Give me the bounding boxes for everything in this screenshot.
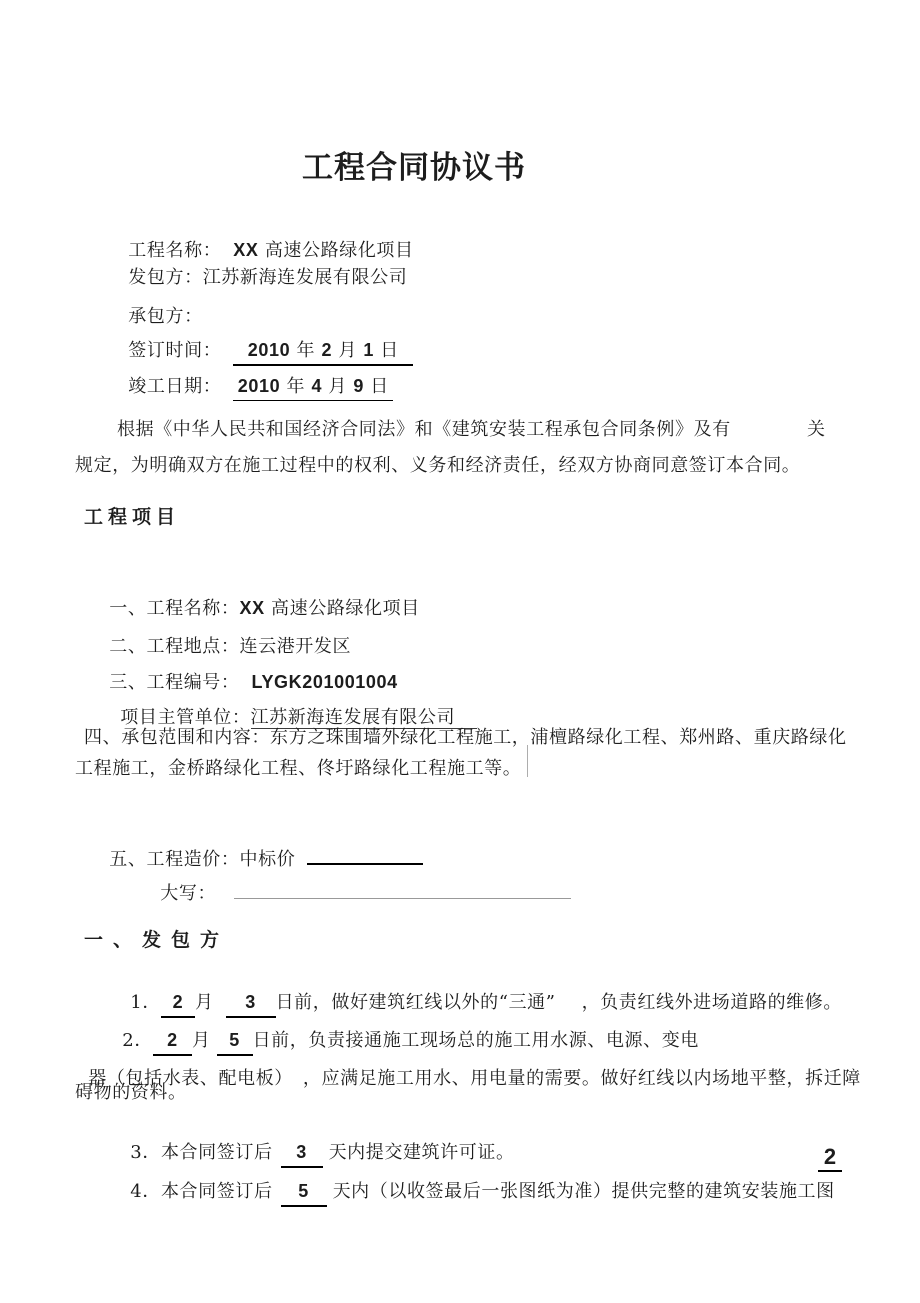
finish-date-day: 9 [353,376,364,396]
item4-pre: 本合同签订后 [161,1181,273,1202]
finish-date-year-unit: 年 [280,376,311,397]
item4-days-blank[interactable]: 5 [281,1179,327,1206]
preamble-line2: 规定，为明确双方在施工过程中的权利、义务和经济责任，经双方协商同意签订本合同。 [75,454,800,478]
scope-line2: 工程施工，金桥路绿化工程、佟圩路绿化工程施工等。 [75,757,521,781]
field-cost-in-words: 大写： [135,858,571,931]
page-number-value: 2 [818,1144,842,1172]
section-heading-employer: 一、发包方 [84,928,229,954]
finish-date-month: 4 [311,376,322,396]
employer-item-4: 4．本合同签订后5天内（以收签最后一张图纸为准）提供完整的建筑安装施工图 [105,1155,835,1231]
item4-days-value: 5 [298,1181,309,1201]
page-number: 2 [808,1144,852,1172]
cost-in-words-blank[interactable] [234,898,571,899]
finish-date-month-unit: 月 [322,376,353,397]
section-heading-project: 工程项目 [84,505,180,531]
finish-date-year: 2010 [238,376,280,396]
employer-item-2-cont2: 碍物的资料。 [75,1081,187,1105]
preamble-line1: 根据《中华人民共和国经济合同法》和《建筑安装工程承包合同条例》及有 [117,418,731,442]
text-cursor [527,745,528,777]
employer-value: 江苏新海连发展有限公司 [203,267,408,288]
item2-cont1b: ，应满足施工用水、用电量的需要。做好红线以内场地平整，拆迁障 [303,1068,861,1089]
scope-line1: 四、承包范围和内容：东方之珠围墙外绿化工程施工，浦檀路绿化工程、郑州路、重庆路绿… [84,726,847,750]
preamble-line1-tail: 关 [807,418,826,442]
finish-date-label: 竣工日期： [128,376,221,397]
document-title: 工程合同协议书 [0,148,828,190]
finish-date-day-unit: 日 [364,376,389,397]
finish-date-blank[interactable]: 2010 年 4 月 9 日 [233,374,393,400]
field-finish-date: 竣工日期：2010 年 4 月 9 日 [103,350,393,425]
item4-post: 天内（以收签最后一张图纸为准）提供完整的建筑安装施工图 [333,1181,835,1202]
item4-number: 4． [130,1181,161,1202]
contract-document-page: 工程合同协议书 工程名称：XX 高速公路绿化项目 发包方：江苏新海连发展有限公司… [0,0,920,1303]
cost-in-words-label: 大写： [160,883,216,904]
